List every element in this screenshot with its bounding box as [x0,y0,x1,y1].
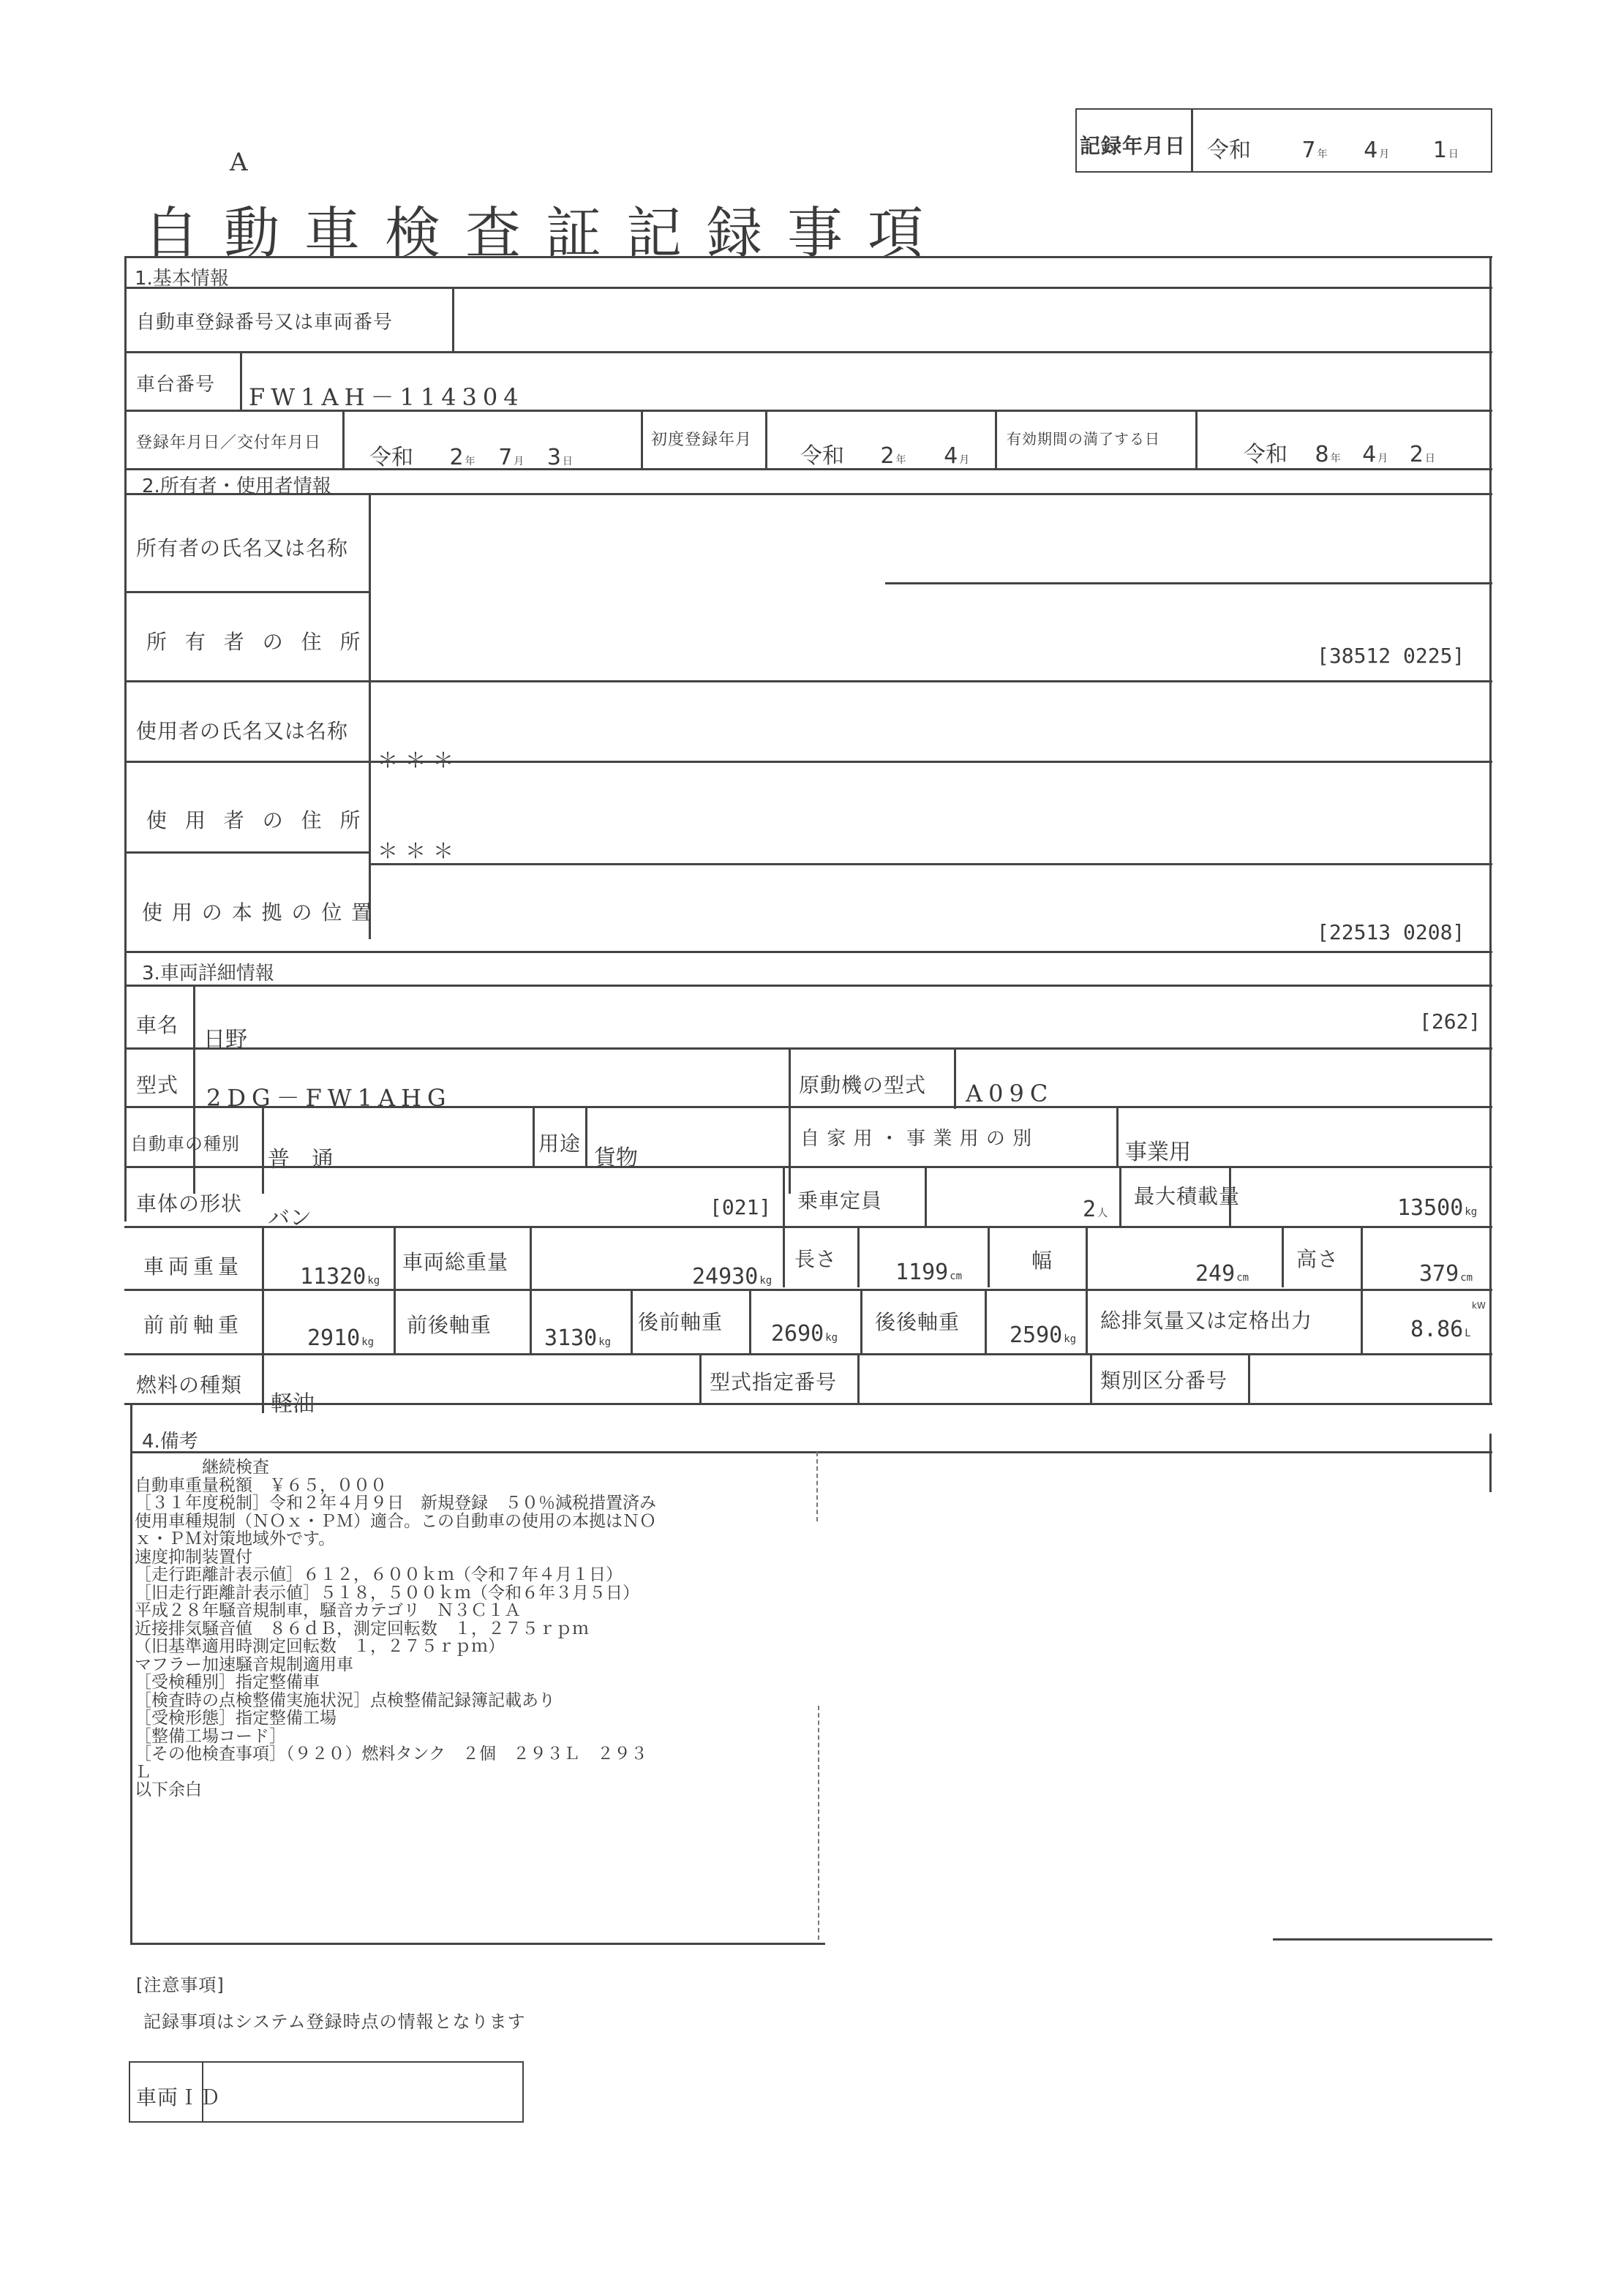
remarks-line: 継続検査 [135,1458,656,1477]
private-business-label: 自 家 用 ・ 事 業 用 の 別 [800,1123,1032,1151]
remarks-line: 使用車種規制（ＮＯｘ・ＰＭ）適合。この自動車の使用の本拠はＮＯ [135,1513,656,1531]
form-letter: A [230,148,248,177]
body-shape-code: [021] [710,1195,771,1219]
displacement-label: 総排気量又は定格出力 [1100,1305,1312,1334]
rf-axle-label: 後前軸重 [638,1306,723,1336]
car-name-code: [262] [1419,1009,1481,1034]
remarks-line: （旧基準適用時測定回転数 １，２７５ｒｐｍ） [135,1638,656,1656]
height-value: 379cm [1419,1261,1473,1287]
owner-name-label: 所有者の氏名又は名称 [136,532,348,562]
remarks-line: Ｌ [135,1764,656,1782]
expiry-date-value: 令和 8年 4月 2日 [1244,436,1435,468]
registration-date-value: 令和 2年 7月 3日 [369,439,573,471]
capacity-label: 乗車定員 [797,1185,882,1214]
height-label: 高さ [1296,1243,1339,1273]
remarks-line: 速度抑制装置付 [135,1548,656,1567]
category-number-label: 類別区分番号 [1100,1365,1228,1394]
user-name-label: 使用者の氏名又は名称 [136,715,348,745]
ff-axle-label: 前前軸重 [143,1309,243,1339]
vehicle-class-value: 普 通 [268,1141,334,1173]
notes-text: 記録事項はシステム登録時点の情報となります [143,2007,526,2033]
vehicle-id-label: 車両ＩＤ [136,2082,221,2111]
registration-number-label: 自動車登録番号又は車両番号 [136,307,393,334]
owner-address-label: 所 有 者 の 住 所 [146,626,366,655]
width-value: 249cm [1195,1261,1249,1287]
gross-weight-label: 車両総重量 [402,1246,508,1276]
vehicle-class-label: 自動車の種別 [130,1129,240,1155]
remarks-line: マフラー加速騒音規制適用車 [135,1656,656,1674]
remarks-line: 以下余白 [135,1781,656,1799]
private-business-value: 事業用 [1125,1134,1191,1166]
car-name-label: 車名 [136,1009,178,1039]
width-label: 幅 [1031,1245,1053,1274]
section-3-title: 3.車両詳細情報 [142,958,274,985]
base-location-label: 使 用 の 本 拠 の 位 置 [142,897,373,926]
rr-axle-value: 2590kg [1010,1322,1076,1348]
max-load-label: 最大積載量 [1134,1181,1240,1210]
rf-axle-value: 2690kg [771,1321,838,1347]
remarks-line: 自動車重量税額 ￥６５，０００ [135,1477,656,1495]
user-name-value: ＊＊＊ [377,745,461,774]
remarks-line: ［３１年度税制］令和２年４月９日 新規登録 ５０％減税措置済み [135,1494,656,1513]
remarks-line: ［旧走行距離計表示値］５１８，５００ｋｍ（令和６年３月５日） [135,1584,656,1603]
length-value: 1199cm [895,1260,962,1285]
remarks-line: ［検査時の点検整備実施状況］点検整備記録簿記載あり [135,1692,656,1710]
first-registration-value: 令和 2年 4月 [800,437,969,470]
section-4-title: 4.備考 [142,1426,198,1453]
fuel-value: 軽油 [271,1385,315,1418]
record-date-label: 記録年月日 [1080,130,1186,159]
vehicle-weight-label: 車両重量 [143,1251,243,1280]
first-registration-label: 初度登録年月 [651,427,752,450]
usage-label: 用途 [538,1128,581,1157]
displacement-value: 8.86L [1410,1317,1471,1342]
body-shape-label: 車体の形状 [136,1188,242,1217]
fr-axle-value: 3130kg [544,1325,611,1351]
record-date-value: 令和 7年 4月 1日 [1207,132,1459,164]
owner-address-code: [38512 0225] [1317,644,1465,668]
remarks-text: 継続検査自動車重量税額 ￥６５，０００［３１年度税制］令和２年４月９日 新規登録… [135,1458,656,1799]
displacement-unit-kw: kW [1472,1301,1486,1311]
capacity-value: 2人 [1083,1197,1108,1222]
registration-date-label: 登録年月日／交付年月日 [136,430,321,453]
rr-axle-label: 後後軸重 [875,1306,960,1336]
engine-model-value: A09C [966,1080,1053,1107]
user-address-label: 使 用 者 の 住 所 [146,805,366,834]
fuel-label: 燃料の種類 [136,1369,242,1399]
remarks-line: 近接排気騒音値 ８６ｄＢ，測定回転数 １，２７５ｒｐｍ [135,1620,656,1638]
model-label: 型式 [136,1069,178,1099]
remarks-line: ［その他検査事項］（９２０）燃料タンク ２個 ２９３Ｌ ２９３ [135,1745,656,1764]
remarks-line: ｘ・ＰＭ対策地域外です。 [135,1530,656,1548]
ff-axle-value: 2910kg [307,1325,374,1351]
remarks-line: ［整備工場コード］ [135,1728,656,1746]
engine-model-label: 原動機の型式 [799,1069,926,1099]
vehicle-weight-value: 11320kg [300,1264,380,1290]
gross-weight-value: 24930kg [692,1264,772,1290]
remarks-line: ［受検種別］指定整備車 [135,1674,656,1692]
model-value: 2DG－FW1AHG [206,1080,452,1113]
max-load-value: 13500kg [1397,1195,1477,1221]
chassis-number-label: 車台番号 [136,369,215,396]
expiry-date-label: 有効期間の満了する日 [1007,427,1160,448]
remarks-line: 平成２８年騒音規制車，騒音カテゴリ Ｎ３Ｃ１Ａ [135,1602,656,1620]
remarks-line: ［走行距離計表示値］６１２，６００ｋｍ（令和７年４月１日） [135,1566,656,1584]
base-location-code: [22513 0208] [1317,920,1465,944]
remarks-line: ［受検形態］指定整備工場 [135,1709,656,1728]
type-designation-label: 型式指定番号 [710,1366,837,1396]
fr-axle-label: 前後軸重 [407,1309,492,1339]
chassis-number-value: FW1AH－114304 [249,379,525,413]
user-address-value: ＊＊＊ [377,835,461,865]
notes-title: [注意事項] [136,1971,225,1996]
length-label: 長さ [794,1243,837,1273]
